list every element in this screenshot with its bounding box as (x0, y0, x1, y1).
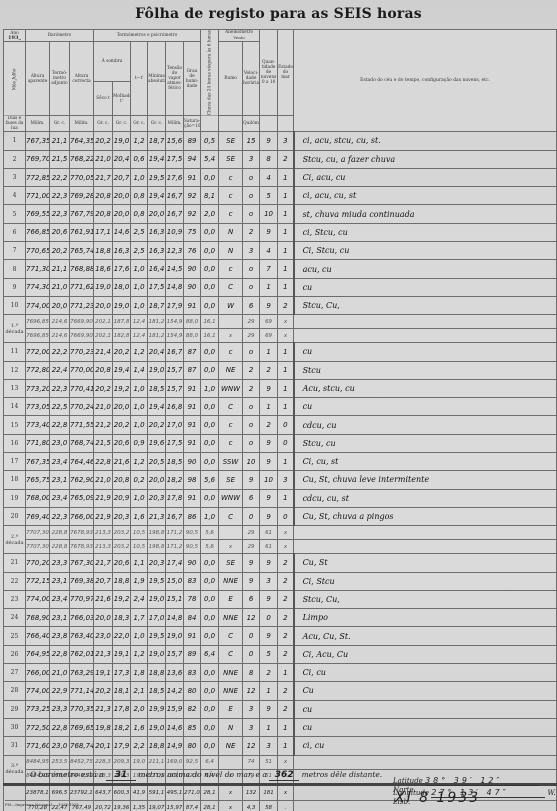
decade-value (219, 315, 243, 329)
sky-state-cell: acu, cu (294, 260, 557, 278)
term-cell: 22,4 (50, 361, 70, 379)
decade-value: 74 (243, 755, 260, 769)
grau-cell: 87 (184, 343, 201, 361)
term-cell: 21,1 (50, 260, 70, 278)
seco-cell: 21,2 (94, 416, 113, 434)
nuv-cell: 9 (260, 434, 278, 452)
minimum-header: Mínima absoluta (148, 42, 166, 116)
molh-cell: 18,0 (113, 278, 131, 296)
sky-state-cell: st, chuva miuda continuada (294, 205, 557, 223)
nuv-cell: 9 (260, 627, 278, 645)
alt_c-cell: 762,01 (70, 645, 94, 663)
alt_c-cell: 768,88 (70, 260, 94, 278)
day-header: Dias e fases da lua (4, 116, 26, 132)
diff-cell: 2,4 (131, 590, 148, 608)
rumo-cell: c (219, 168, 243, 186)
sky-state-cell: cdcu, cu (294, 416, 557, 434)
table-row: 22772,1523,1769,3820,718,81,919,515,0830… (4, 572, 557, 590)
diff-cell: 1,1 (131, 554, 148, 572)
day-cell: 22 (4, 572, 26, 590)
table-row: 10774,0020,0771,2320,019,01,018,717,9910… (4, 296, 557, 314)
decade-summary-row: 7707,30228,87678,93213,3203,210,5198,817… (4, 540, 557, 554)
alt_ap-cell: 771,80 (26, 434, 50, 452)
term-cell: 22,3 (50, 205, 70, 223)
alt_ap-cell: 766,85 (26, 223, 50, 241)
alt_ap-cell: 772,50 (26, 718, 50, 736)
sky-state-cell: Ci, acu, cu (294, 168, 557, 186)
tens-cell: 17,9 (166, 296, 184, 314)
vel-cell: o (243, 343, 260, 361)
chuva-cell: 5,4 (201, 150, 219, 168)
tens-cell: 14,9 (166, 737, 184, 755)
tens-cell: 16,7 (166, 507, 184, 525)
sky-state-cell: Cu, St (294, 554, 557, 572)
term-cell: 20,2 (50, 242, 70, 260)
decade-value: x (219, 540, 243, 554)
rumo-cell: c (219, 187, 243, 205)
decade-value: x (278, 329, 294, 343)
decade-value: 8452,75 (70, 755, 94, 769)
decade-value: 92,5 (184, 755, 201, 769)
vel-cell: 3 (243, 150, 260, 168)
day-cell: 30 (4, 718, 26, 736)
table-row: 26764,9522,8762,0121,319,11,219,015,7896… (4, 645, 557, 663)
min-cell: 18,7 (148, 296, 166, 314)
tens-cell: 15,9 (166, 700, 184, 718)
rumo-cell: c (219, 260, 243, 278)
decade-value: 10,5 (131, 526, 148, 540)
alt_c-cell: 771,62 (70, 278, 94, 296)
day-cell: 29 (4, 700, 26, 718)
min-cell: 18,5 (148, 379, 166, 397)
min-cell: 20,0 (148, 471, 166, 489)
grau-cell: 80 (184, 682, 201, 700)
term-cell: 22,2 (50, 168, 70, 186)
rumo-cell: SSW (219, 453, 243, 471)
decade-label: 2.ª década (4, 526, 26, 554)
vel-cell: 9 (243, 554, 260, 572)
min-cell: 19,9 (148, 700, 166, 718)
molh-cell: 20,4 (113, 150, 131, 168)
term-cell: 21,0 (50, 664, 70, 682)
min-cell: 18,7 (148, 132, 166, 150)
day-cell: 12 (4, 361, 26, 379)
decade-value: 214,6 (50, 315, 70, 329)
table-row: 17767,3523,4764,4622,821,61,220,518,5900… (4, 453, 557, 471)
sky-state-cell: Stcu, cu (294, 434, 557, 452)
table-row: 5769,5522,3767,7920,820,00,820,016,7922,… (4, 205, 557, 223)
decade-value: 253,5 (50, 755, 70, 769)
term-cell: 21,5 (50, 150, 70, 168)
t-diff-header: t—t' (131, 42, 148, 116)
alt_c-cell: 768,22 (70, 150, 94, 168)
vel-cell: 6 (243, 296, 260, 314)
molh-cell: 16,3 (113, 242, 131, 260)
barometer-header: Barómetro (26, 30, 94, 42)
diff-cell: 1,0 (131, 379, 148, 397)
seco-cell: 20,2 (94, 379, 113, 397)
diff-cell: 2,1 (131, 682, 148, 700)
nuv-cell: 0 (260, 609, 278, 627)
printer-imprint: PM—Imprensa Nacional — 1928-1929 (5, 800, 95, 807)
mar-cell: 1 (278, 737, 294, 755)
alt_c-cell: 769,38 (70, 572, 94, 590)
alt_ap-cell: 765,75 (26, 471, 50, 489)
decade-value: 12,4 (131, 315, 148, 329)
seco-cell: 18,8 (94, 242, 113, 260)
grau-cell: 83 (184, 664, 201, 682)
diff-cell: 2,5 (131, 242, 148, 260)
decade-value: 5,6 (201, 526, 219, 540)
diff-cell: 0,9 (131, 434, 148, 452)
rumo-cell: SE (219, 150, 243, 168)
sky-state-cell: ci, cu (294, 737, 557, 755)
alt_ap-cell: 769,55 (26, 205, 50, 223)
seco-cell: 18,6 (94, 260, 113, 278)
day-cell: 3 (4, 168, 26, 186)
molh-cell: 17,6 (113, 260, 131, 278)
total-value: 23792,18 (70, 784, 94, 800)
vel-cell: 0 (243, 627, 260, 645)
mar-cell: 2 (278, 296, 294, 314)
tens-cell: 16,7 (166, 187, 184, 205)
chuva-cell: 0,0 (201, 361, 219, 379)
grau-cell: 90 (184, 278, 201, 296)
mar-cell: 1 (278, 205, 294, 223)
min-cell: 17,5 (148, 278, 166, 296)
mar-cell: 1 (278, 260, 294, 278)
total-value: 15,97 (166, 800, 184, 811)
sky-state-cell: Acu, Cu, St. (294, 627, 557, 645)
min-cell: 16,4 (148, 260, 166, 278)
seco-cell: 23,0 (94, 627, 113, 645)
alt_ap-cell: 771,60 (26, 737, 50, 755)
min-cell: 17,0 (148, 609, 166, 627)
term-cell: 23,4 (50, 590, 70, 608)
chuva-cell: 0,5 (201, 132, 219, 150)
rain-header: Chuva das 24 horas véspera às 6 horas (201, 30, 219, 116)
nuv-cell: 10 (260, 471, 278, 489)
diff-cell: 1,0 (131, 296, 148, 314)
term-cell: 22,8 (50, 645, 70, 663)
chuva-cell: 0,0 (201, 700, 219, 718)
alt_ap-cell: 773,20 (26, 379, 50, 397)
rumo-cell: NNE (219, 664, 243, 682)
rumo-cell: NNE (219, 682, 243, 700)
rumo-cell: SE (219, 132, 243, 150)
decade-value: 10,5 (131, 540, 148, 554)
chuva-cell: 0,0 (201, 260, 219, 278)
diff-cell: 1,0 (131, 489, 148, 507)
barometer-note: O barómetro está a 31 metros acima do ní… (30, 770, 382, 781)
day-cell: 13 (4, 379, 26, 397)
decade-value: 7678,93 (70, 526, 94, 540)
sky-state-cell: Limpo (294, 609, 557, 627)
min-cell: 20,0 (148, 205, 166, 223)
seco-cell: 19,1 (94, 664, 113, 682)
alt_c-cell: 771,23 (70, 296, 94, 314)
total-value: 181 (260, 784, 278, 800)
seco-cell: 20,0 (94, 609, 113, 627)
day-cell: 18 (4, 471, 26, 489)
alt_c-cell: 771,14 (70, 682, 94, 700)
chuva-cell: 2,0 (201, 205, 219, 223)
day-cell: 23 (4, 590, 26, 608)
term-cell: 23,3 (50, 700, 70, 718)
seco-cell: 19,0 (94, 278, 113, 296)
table-row: 12772,8022,4770,0020,819,41,419,015,7870… (4, 361, 557, 379)
total-value: 4,3 (243, 800, 260, 811)
chuva-cell: 0,0 (201, 278, 219, 296)
tens-cell: 16,8 (166, 398, 184, 416)
molh-cell: 20,9 (113, 489, 131, 507)
rumo-cell: NNE (219, 572, 243, 590)
vel-cell: 6 (243, 489, 260, 507)
nuv-cell: 2 (260, 361, 278, 379)
day-cell: 16 (4, 434, 26, 452)
tens-cell: 14,6 (166, 718, 184, 736)
nuv-cell: 7 (260, 260, 278, 278)
table-row: 13773,2022,3770,4120,219,21,018,515,7911… (4, 379, 557, 397)
table-row: 3772,8522,2770,0521,720,71,019,517,6910,… (4, 168, 557, 186)
nuv-cell: 4 (260, 242, 278, 260)
grau-cell: 78 (184, 590, 201, 608)
day-cell: 15 (4, 416, 26, 434)
seco-cell: 21,9 (94, 489, 113, 507)
total-value: x (219, 800, 243, 811)
chuva-cell: 0,0 (201, 223, 219, 241)
rumo-cell: N (219, 242, 243, 260)
alt_ap-cell: 774,00 (26, 590, 50, 608)
decade-value: 214,6 (50, 329, 70, 343)
table-row: 24768,9023,1766,0320,018,31,717,014,8840… (4, 609, 557, 627)
seco-cell: 20,2 (94, 132, 113, 150)
diff-cell: 0,8 (131, 205, 148, 223)
diff-cell: 2,0 (131, 700, 148, 718)
alt_c-cell: 770,41 (70, 379, 94, 397)
rumo-cell: NE (219, 737, 243, 755)
chuva-cell: 0,0 (201, 609, 219, 627)
day-cell: 7 (4, 242, 26, 260)
table-row: 9774,3021,0771,6219,018,01,017,514,8900,… (4, 278, 557, 296)
alt_ap-cell: 767,35 (26, 132, 50, 150)
alt_c-cell: 770,97 (70, 590, 94, 608)
alt_ap-cell: 774,00 (26, 682, 50, 700)
mar-cell: 1 (278, 168, 294, 186)
decade-summary-row: 3.ª década8484,95253,58452,75228,3209,31… (4, 755, 557, 769)
day-cell: 4 (4, 187, 26, 205)
molh-cell: 19,2 (113, 590, 131, 608)
alt_c-cell: 770,24 (70, 398, 94, 416)
min-cell: 18,8 (148, 737, 166, 755)
term-cell: 20,0 (50, 296, 70, 314)
sky-state-header: Estado do céu e do tempo, configuração d… (294, 30, 557, 132)
chuva-cell: 0,0 (201, 737, 219, 755)
rumo-cell: WNW (219, 379, 243, 397)
vel-cell: 15 (243, 132, 260, 150)
rumo-cell: C (219, 507, 243, 525)
decade-label: 3.ª década (4, 755, 26, 784)
sky-state-cell: Stcu (294, 361, 557, 379)
tens-cell: 14,2 (166, 682, 184, 700)
grau-cell: 91 (184, 627, 201, 645)
total-value: 271,0 (184, 784, 201, 800)
nuv-cell: 2 (260, 416, 278, 434)
tens-cell: 15,7 (166, 361, 184, 379)
day-cell: 17 (4, 453, 26, 471)
total-value: 19,07 (148, 800, 166, 811)
min-cell: 19,0 (148, 718, 166, 736)
vel-cell: 12 (243, 682, 260, 700)
diff-cell: 0,6 (131, 150, 148, 168)
rumo-cell: c (219, 205, 243, 223)
alt_ap-cell: 773,05 (26, 398, 50, 416)
decade-value: 228,8 (50, 540, 70, 554)
mar-cell: 1 (278, 343, 294, 361)
alt_ap-cell: 768,00 (26, 489, 50, 507)
seco-cell: 21,0 (94, 150, 113, 168)
rumo-cell: C (219, 278, 243, 296)
vel-cell: 10 (243, 453, 260, 471)
decade-value: 182,8 (113, 329, 131, 343)
alt_ap-cell: 770,65 (26, 242, 50, 260)
term-cell: 23,1 (50, 609, 70, 627)
mar-cell: 2 (278, 627, 294, 645)
mar-cell: 3 (278, 132, 294, 150)
decade-value: 7696,85 (26, 329, 50, 343)
decade-value: 213,3 (94, 526, 113, 540)
decade-value: 7669,90 (70, 329, 94, 343)
table-row: 25766,4023,8763,4023,022,01,019,519,0910… (4, 627, 557, 645)
vel-cell: 12 (243, 737, 260, 755)
total-value: 19,36 (113, 800, 131, 811)
table-row: 28774,0022,9771,1420,218,12,118,514,2800… (4, 682, 557, 700)
decade-value: 171,2 (166, 540, 184, 554)
sky-state-cell: Ci, cu (294, 664, 557, 682)
meters-distance: 362 (269, 770, 299, 781)
seco-cell: 20,2 (94, 682, 113, 700)
term-cell: 23,1 (50, 572, 70, 590)
alt_ap-cell: 771,00 (26, 187, 50, 205)
seco-cell: 20,7 (94, 572, 113, 590)
sea-state-header: Estado do mar (278, 30, 294, 116)
alt_c-cell: 765,74 (70, 242, 94, 260)
mar-cell: 2 (278, 682, 294, 700)
min-cell: 20,2 (148, 416, 166, 434)
min-cell: 19,0 (148, 361, 166, 379)
diff-cell: 0,8 (131, 187, 148, 205)
sky-state-cell: cu (294, 700, 557, 718)
diff-cell: 1,8 (131, 664, 148, 682)
nuv-cell: 8 (260, 150, 278, 168)
year-header: Ano193_ (4, 30, 26, 42)
nuv-cell: 9 (260, 296, 278, 314)
seco-cell: 19,8 (94, 718, 113, 736)
alt_ap-cell: 773,40 (26, 416, 50, 434)
vel-cell: o (243, 205, 260, 223)
nuv-cell: 1 (260, 398, 278, 416)
mar-cell: 2 (278, 150, 294, 168)
molh-cell: 20,7 (113, 168, 131, 186)
alt_c-cell: 765,09 (70, 489, 94, 507)
grau-cell: 91 (184, 168, 201, 186)
molh-cell: 19,0 (113, 296, 131, 314)
chuva-cell: 6,4 (201, 645, 219, 663)
table-row: 27766,0021,0763,2919,117,31,818,813,6830… (4, 664, 557, 682)
alt_c-cell: 763,29 (70, 664, 94, 682)
total-value: x (278, 784, 294, 800)
alt_c-cell: 766,00 (70, 507, 94, 525)
decade-value: 29 (243, 329, 260, 343)
alt_c-cell: 761,91 (70, 223, 94, 241)
mar-cell: 1 (278, 278, 294, 296)
table-row: 29773,2523,3770,3521,317,82,019,915,9820… (4, 700, 557, 718)
molh-cell: 18,2 (113, 718, 131, 736)
register-sheet: Fôlha de registo para as SEIS horas Ano1… (0, 0, 557, 811)
term-cell: 22,8 (50, 416, 70, 434)
grau-cell: 86 (184, 507, 201, 525)
grau-cell: 89 (184, 645, 201, 663)
term-cell: 22,3 (50, 507, 70, 525)
decade-value: 209,3 (113, 755, 131, 769)
term-cell: 22,8 (50, 718, 70, 736)
decade-value: x (278, 526, 294, 540)
day-cell: 24 (4, 609, 26, 627)
min-cell: 16,3 (148, 242, 166, 260)
molh-cell: 20,8 (113, 471, 131, 489)
tens-cell: 16,7 (166, 205, 184, 223)
alt_c-cell: 768,74 (70, 737, 94, 755)
chuva-cell: 0,0 (201, 398, 219, 416)
seco-cell: 20,1 (94, 737, 113, 755)
total-value: 591,1 (148, 784, 166, 800)
day-cell: 27 (4, 664, 26, 682)
decade-value: x (278, 540, 294, 554)
alt_c-cell: 770,35 (70, 700, 94, 718)
sky-state-cell: Acu, stcu, cu (294, 379, 557, 397)
vel-cell: o (243, 260, 260, 278)
min-cell: 18,8 (148, 664, 166, 682)
decade-value: 6,4 (201, 755, 219, 769)
nuv-cell: 5 (260, 187, 278, 205)
nuv-cell: 3 (260, 737, 278, 755)
diff-cell: 1,6 (131, 718, 148, 736)
molh-cell: 19,2 (113, 379, 131, 397)
rumo-cell: C (219, 398, 243, 416)
clouds-header: Quan-tidade de nuvens 0 a 10 (260, 30, 278, 116)
decade-value: 29 (243, 540, 260, 554)
mar-cell: 1 (278, 718, 294, 736)
decade-value: 69 (260, 315, 278, 329)
rumo-cell: c (219, 343, 243, 361)
min-cell: 19,6 (148, 434, 166, 452)
table-row: 7770,6520,2765,7418,816,32,516,312,3760,… (4, 242, 557, 260)
chuva-cell: 1,0 (201, 507, 219, 525)
vel-cell: 3 (243, 718, 260, 736)
min-cell: 19,4 (148, 398, 166, 416)
vel-cell: 2 (243, 361, 260, 379)
min-cell: 19,5 (148, 627, 166, 645)
min-cell: 20,3 (148, 489, 166, 507)
day-cell: 20 (4, 507, 26, 525)
tens-cell: 19,0 (166, 627, 184, 645)
alt_ap-cell: 766,00 (26, 664, 50, 682)
mar-cell: 1 (278, 664, 294, 682)
total-value: 87,4 (184, 800, 201, 811)
rumo-cell: c (219, 434, 243, 452)
term-cell: 22,3 (50, 379, 70, 397)
tens-cell: 15,0 (166, 572, 184, 590)
